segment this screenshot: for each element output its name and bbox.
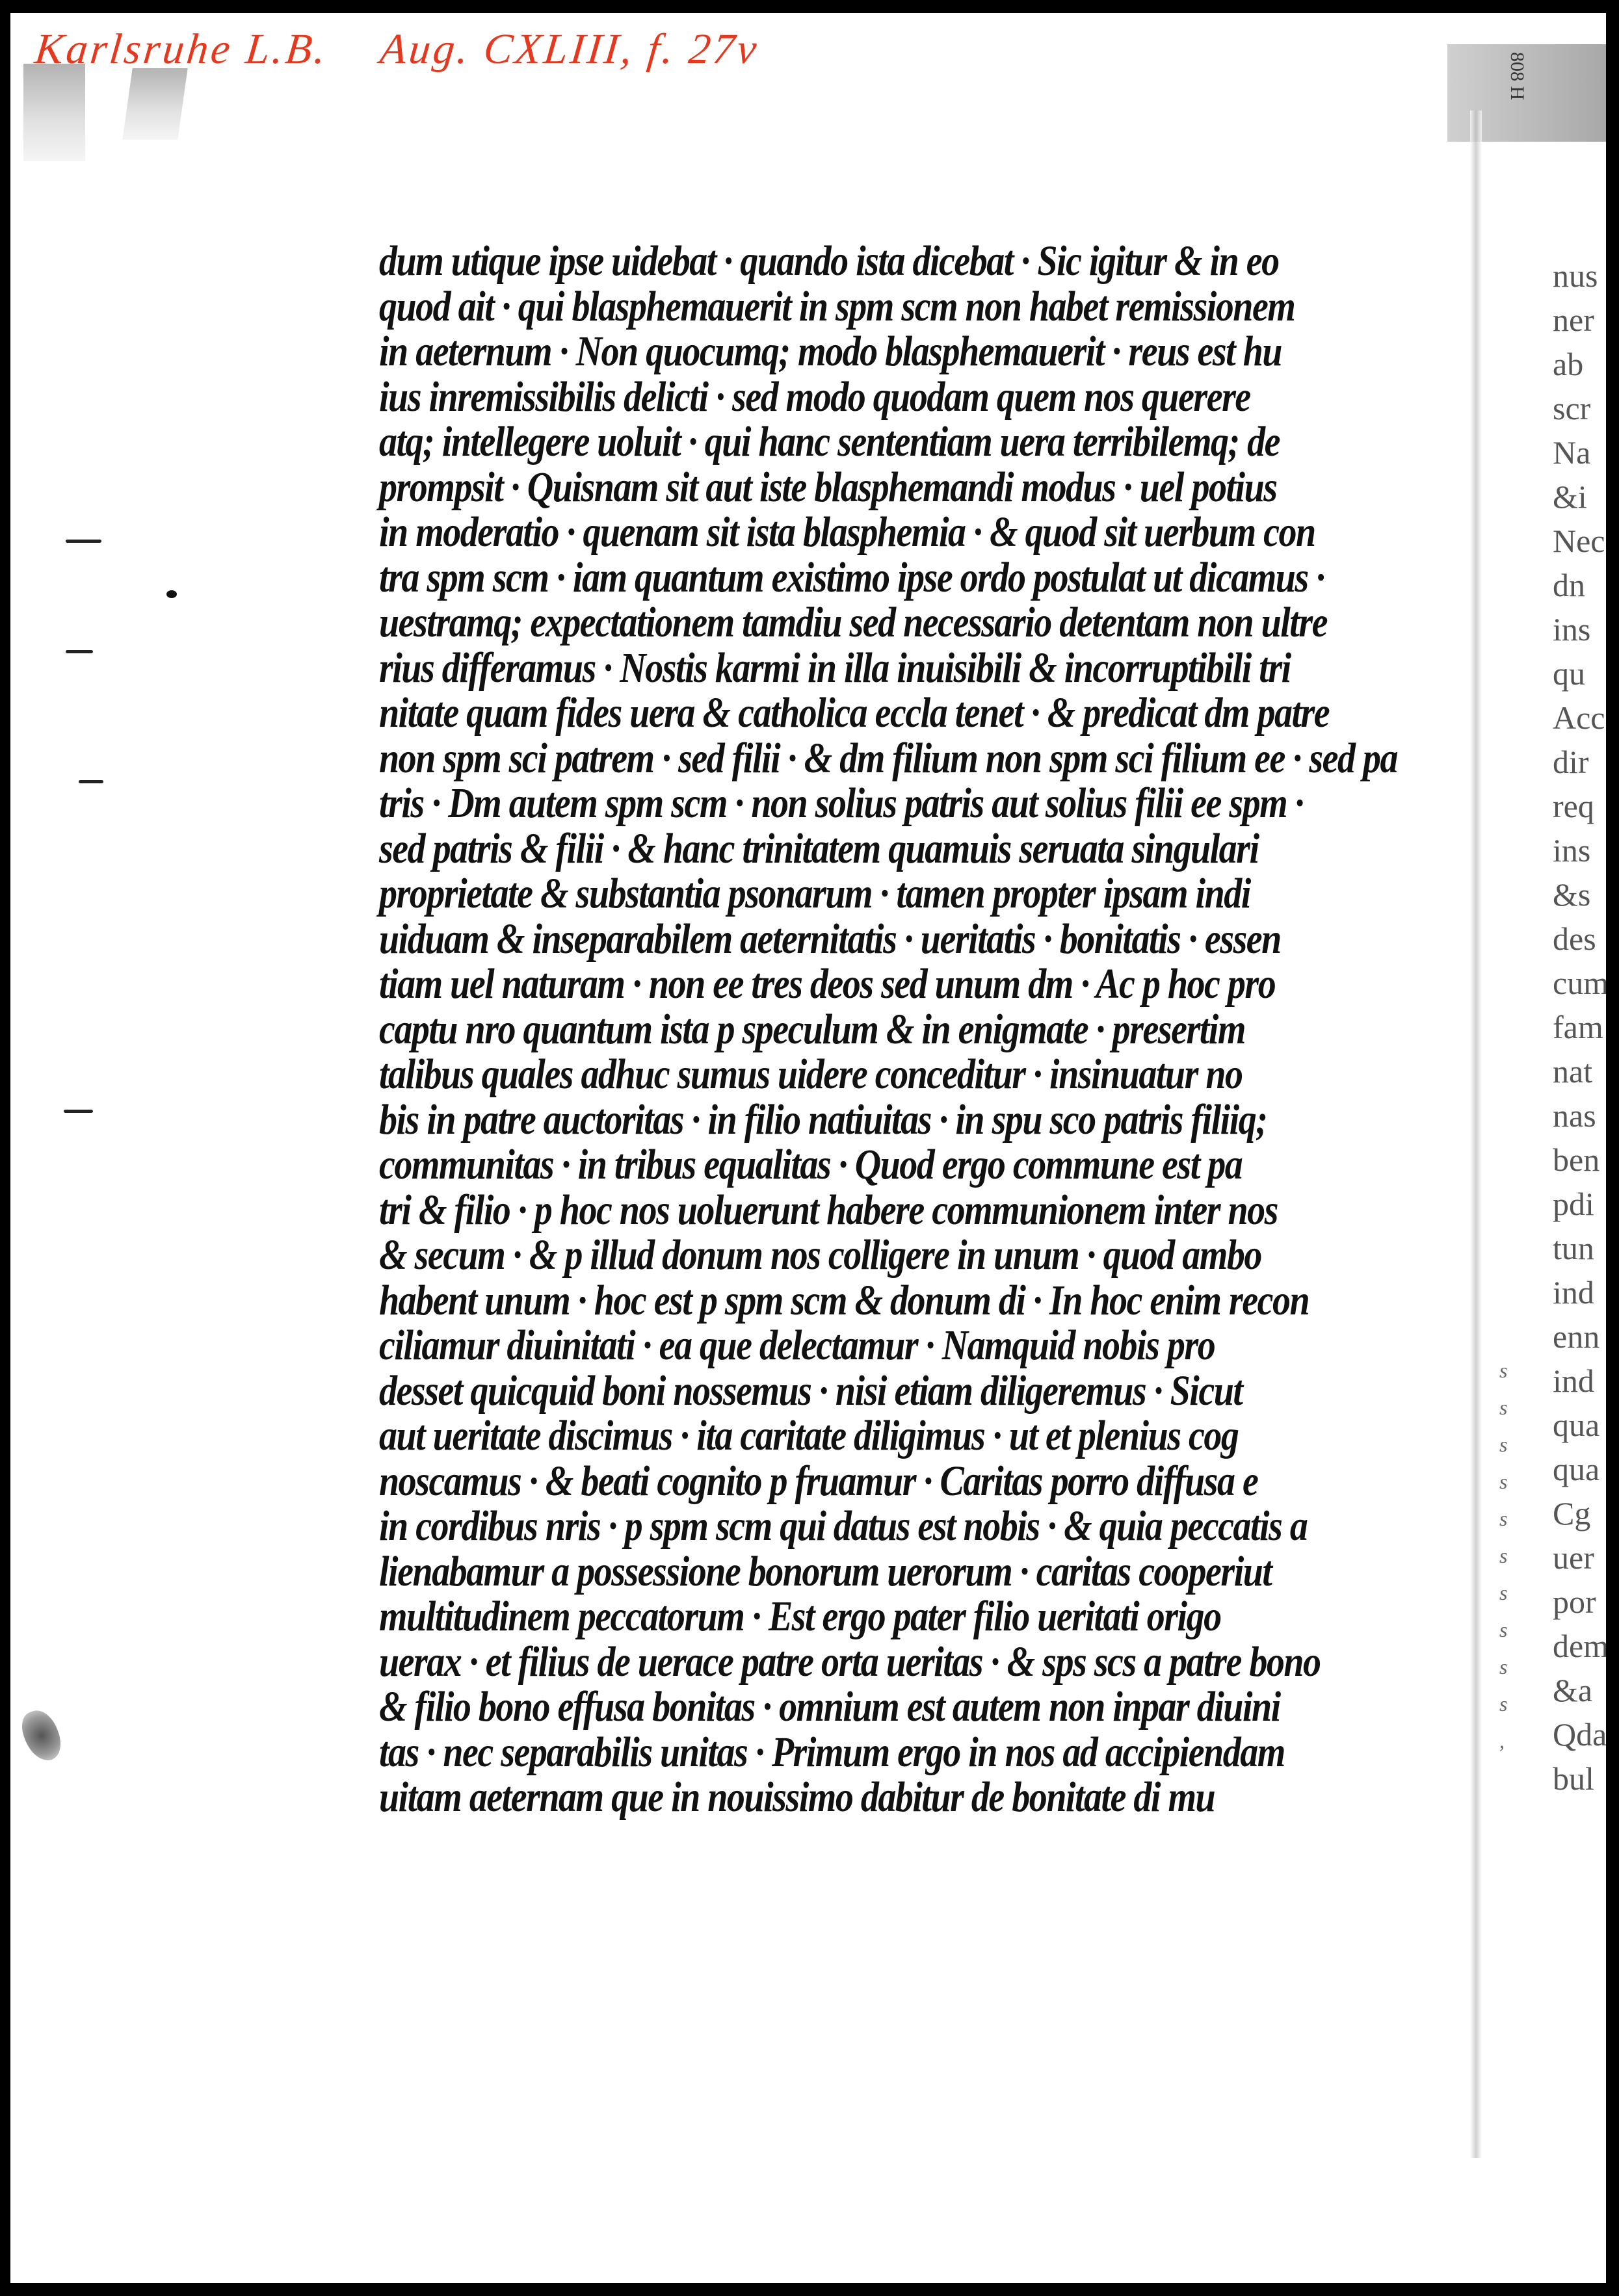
margin-mark: , [1499, 1729, 1507, 1766]
ruling-prick [66, 650, 93, 653]
adjacent-line: nas [1553, 1093, 1606, 1138]
adjacent-line: cum [1553, 961, 1606, 1005]
adjacent-line: nat [1553, 1049, 1606, 1093]
adjacent-line: &a [1553, 1668, 1606, 1712]
margin-corrections: s s s s s s s s s s , [1499, 1359, 1507, 1766]
ruling-prick [79, 780, 103, 783]
shelfmark-annotation: Karlsruhe L.B. Aug. CXLIII, f. 27v [33, 25, 761, 74]
page-stain [23, 64, 85, 161]
adjacent-line: ben [1553, 1138, 1606, 1182]
margin-mark: s [1499, 1507, 1507, 1544]
adjacent-line: qua [1553, 1447, 1606, 1491]
adjacent-line: dn [1553, 563, 1606, 607]
spine-tab-label: 808 H [1506, 52, 1528, 100]
ruling-prick [64, 1110, 93, 1113]
adjacent-line: ind [1553, 1270, 1606, 1314]
adjacent-line: ins [1553, 828, 1606, 872]
margin-mark: s [1499, 1433, 1507, 1470]
adjacent-line: qua [1553, 1403, 1606, 1447]
adjacent-line: nus [1553, 254, 1606, 298]
page-gutter [1470, 111, 1482, 2158]
adjacent-line: &s [1553, 872, 1606, 917]
adjacent-line: ab [1553, 342, 1606, 386]
adjacent-page-column: nus ner ab scr Na &i Nec dn ins qu Acc d… [1553, 254, 1606, 1801]
main-text-column: dum utique ipse uidebat · quando ista di… [379, 239, 1471, 1821]
adjacent-line: bul [1553, 1756, 1606, 1801]
adjacent-line: Na [1553, 430, 1606, 475]
adjacent-line: dir [1553, 740, 1606, 784]
adjacent-line: pdi [1553, 1182, 1606, 1226]
adjacent-line: des [1553, 917, 1606, 961]
margin-mark: s [1499, 1396, 1507, 1433]
adjacent-line: fam [1553, 1005, 1606, 1049]
ink-dot [166, 590, 177, 598]
adjacent-line: tun [1553, 1226, 1606, 1270]
adjacent-line: Acc [1553, 696, 1606, 740]
margin-mark: s [1499, 1655, 1507, 1692]
adjacent-line: scr [1553, 386, 1606, 430]
adjacent-line: por [1553, 1580, 1606, 1624]
adjacent-line: &i [1553, 475, 1606, 519]
page-stain [122, 68, 187, 140]
adjacent-line: qu [1553, 651, 1606, 696]
adjacent-line: Nec [1553, 519, 1606, 563]
margin-mark: s [1499, 1581, 1507, 1618]
ruling-prick [66, 540, 101, 543]
adjacent-line: Cg [1553, 1491, 1606, 1535]
manuscript-page: Karlsruhe L.B. Aug. CXLIII, f. 27v 808 H… [10, 13, 1606, 2283]
adjacent-line: req [1553, 784, 1606, 828]
adjacent-line: ins [1553, 607, 1606, 651]
text-line: uitam aeternam que in nouissimo dabitur … [379, 1771, 1471, 1825]
margin-mark: s [1499, 1470, 1507, 1507]
margin-mark: s [1499, 1359, 1507, 1396]
margin-mark: s [1499, 1544, 1507, 1581]
adjacent-line: ind [1553, 1359, 1606, 1403]
margin-mark: s [1499, 1692, 1507, 1729]
adjacent-line: ner [1553, 298, 1606, 342]
adjacent-line: Qda [1553, 1712, 1606, 1756]
adjacent-line: enn [1553, 1314, 1606, 1359]
margin-mark: s [1499, 1618, 1507, 1655]
page-blot [17, 1706, 66, 1766]
adjacent-line: uer [1553, 1535, 1606, 1580]
adjacent-line: dem [1553, 1624, 1606, 1668]
